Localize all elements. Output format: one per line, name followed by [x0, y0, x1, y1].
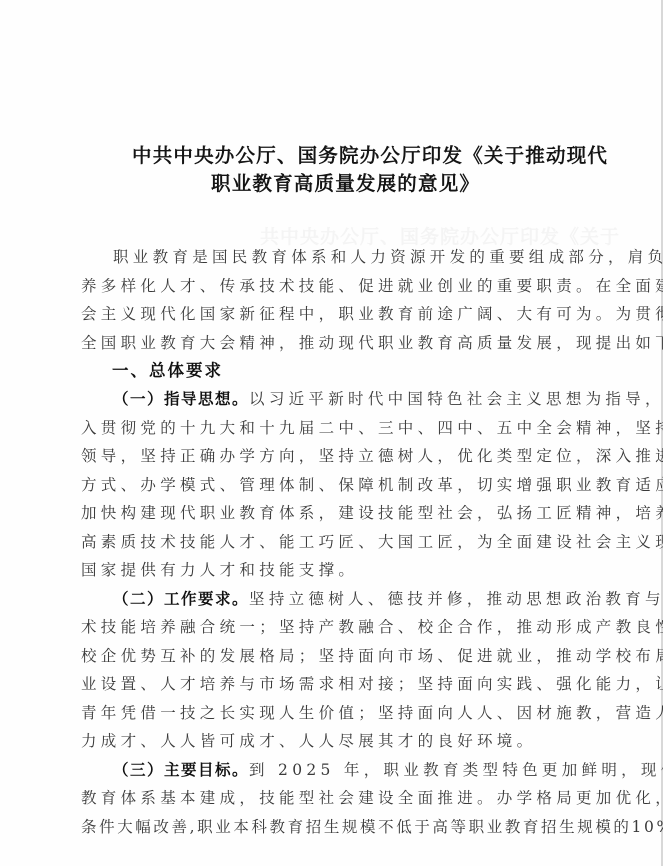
text-line: 教育体系基本建成，技能型社会建设全面推进。办学格局更加优化，办学 [81, 784, 589, 813]
text-line: 方式、办学模式、管理体制、保障机制改革，切实增强职业教育适应性， [81, 471, 589, 500]
text-line: 国家提供有力人才和技能支撑。 [81, 556, 589, 585]
text-segment: 到 2025 年，职业教育类型特色更加鲜明，现代职业 [249, 761, 663, 779]
document-page: 共中央办公厅、国务院办公厅印发《关于 中共中央办公厅、国务院办公厅印发《关于推动… [0, 0, 663, 866]
text-line: （二）工作要求。坚持立德树人、德技并修，推动思想政治教育与技 [81, 585, 589, 614]
document-body: 职业教育是国民教育体系和人力资源开发的重要组成部分，肩负着培 养多样化人才、传承… [81, 243, 589, 841]
subsection-lead: （二）工作要求。 [113, 590, 249, 608]
text-line: （一）指导思想。以习近平新时代中国特色社会主义思想为指导，深 [81, 385, 589, 414]
text-segment: 坚持立德树人、德技并修，推动思想政治教育与技 [249, 590, 663, 608]
text-line: 入贯彻党的十九大和十九届二中、三中、四中、五中全会精神，坚持党的 [81, 414, 589, 443]
text-line: 养多样化人才、传承技术技能、促进就业创业的重要职责。在全面建设社 [81, 272, 589, 301]
text-line: 会主义现代化国家新征程中，职业教育前途广阔、大有可为。为贯彻落实 [81, 300, 589, 329]
title-line-1: 中共中央办公厅、国务院办公厅印发《关于推动现代 [132, 140, 608, 168]
text-line: 条件大幅改善,职业本科教育招生规模不低于高等职业教育招生规模的10%, [81, 813, 589, 842]
text-line: 业设置、人才培养与市场需求相对接；坚持面向实践、强化能力，让更多 [81, 670, 589, 699]
text-line: 力成才、人人皆可成才、人人尽展其才的良好环境。 [81, 727, 589, 756]
text-line: 职业教育是国民教育体系和人力资源开发的重要组成部分，肩负着培 [81, 243, 589, 272]
text-line: 术技能培养融合统一；坚持产教融合、校企合作，推动形成产教良性互动、 [81, 613, 589, 642]
subsection-guiding-ideology: （一）指导思想。以习近平新时代中国特色社会主义思想为指导，深 入贯彻党的十九大和… [81, 385, 589, 585]
title-line-2: 职业教育高质量发展的意见》 [211, 168, 480, 196]
text-segment: 以习近平新时代中国特色社会主义思想为指导，深 [249, 390, 663, 408]
section-heading: 一、总体要求 [81, 357, 589, 385]
text-line: 加快构建现代职业教育体系，建设技能型社会，弘扬工匠精神，培养更多 [81, 499, 589, 528]
text-line: 校企优势互补的发展格局；坚持面向市场、促进就业，推动学校布局、专 [81, 642, 589, 671]
text-line: （三）主要目标。到 2025 年，职业教育类型特色更加鲜明，现代职业 [81, 756, 589, 785]
text-line: 全国职业教育大会精神，推动现代职业教育高质量发展，现提出如下意见。 [81, 329, 589, 358]
text-line: 高素质技术技能人才、能工巧匠、大国工匠，为全面建设社会主义现代化 [81, 528, 589, 557]
intro-paragraph: 职业教育是国民教育体系和人力资源开发的重要组成部分，肩负着培 养多样化人才、传承… [81, 243, 589, 357]
subsection-lead: （三）主要目标。 [113, 761, 249, 779]
subsection-work-requirements: （二）工作要求。坚持立德树人、德技并修，推动思想政治教育与技 术技能培养融合统一… [81, 585, 589, 756]
subsection-main-goals: （三）主要目标。到 2025 年，职业教育类型特色更加鲜明，现代职业 教育体系基… [81, 756, 589, 842]
text-line: 领导，坚持正确办学方向，坚持立德树人，优化类型定位，深入推进育人 [81, 442, 589, 471]
text-line: 青年凭借一技之长实现人生价值；坚持面向人人、因材施教，营造人人努 [81, 699, 589, 728]
subsection-lead: （一）指导思想。 [113, 390, 249, 408]
